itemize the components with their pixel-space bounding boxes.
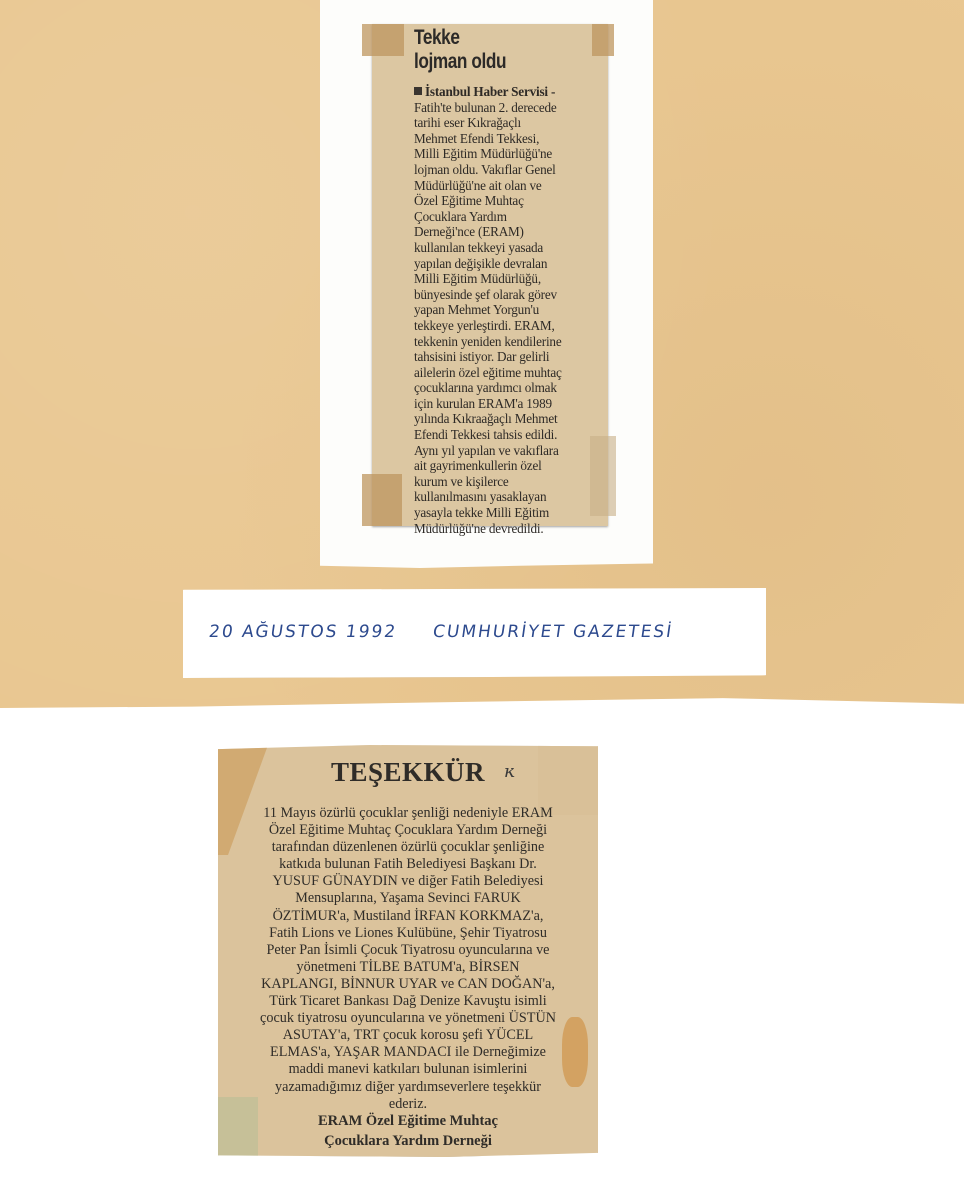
article-headline: Tekke lojman oldu (414, 26, 562, 74)
tape-residue (362, 24, 404, 56)
label-date: 20 AĞUSTOS 1992 (208, 622, 399, 642)
notice-signature: ERAM Özel Eğitime Muhtaç Çocuklara Yardı… (218, 1111, 598, 1151)
tape-residue (362, 474, 402, 526)
notice-title: TEŞEKKÜR (218, 757, 598, 788)
handwritten-label: 20 AĞUSTOS 1992CUMHURİYET GAZETESİ (208, 622, 675, 642)
clipping-tekke-lojman-oldu: Tekke lojman oldu İstanbul Haber Servisi… (372, 24, 608, 526)
label-source: CUMHURİYET GAZETESİ (432, 622, 675, 642)
article-body: İstanbul Haber Servisi - Fatih'te buluna… (414, 84, 610, 536)
tape-residue (592, 24, 614, 56)
handwritten-initials: ĸ (504, 761, 515, 782)
clipping-tesekkur: TEŞEKKÜR ĸ 11 Mayıs özürlü çocuklar şenl… (218, 745, 598, 1157)
article-text: Fatih'te bulunan 2. derecede tarihi eser… (414, 100, 562, 536)
bullet-square-icon (414, 87, 422, 95)
article-lead: İstanbul Haber Servisi - (425, 84, 555, 99)
notice-body: 11 Mayıs özürlü çocuklar şenliği nedeniy… (224, 805, 592, 1113)
handwritten-label-strip: 20 AĞUSTOS 1992CUMHURİYET GAZETESİ (183, 588, 766, 678)
